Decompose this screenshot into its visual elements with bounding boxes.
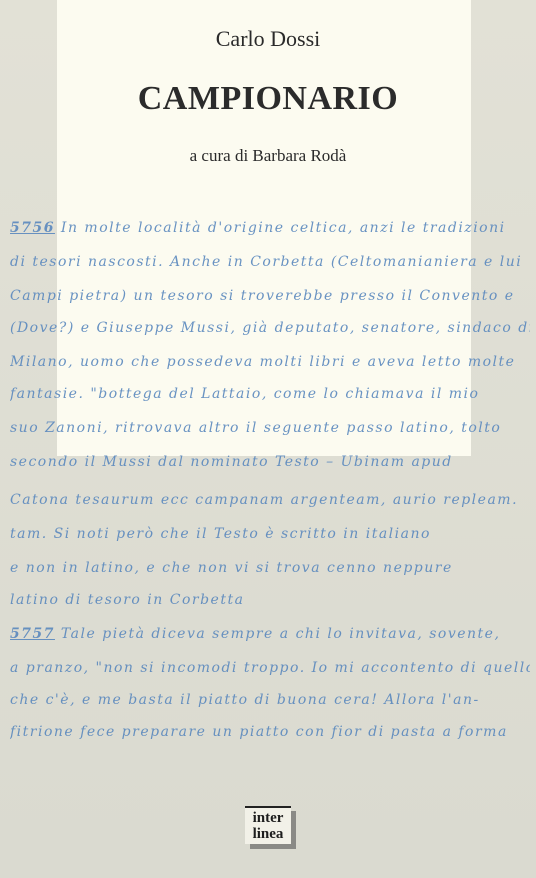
manuscript-line: Milano, uomo che possedeva molti libri e… [10, 354, 530, 390]
book-cover: Carlo Dossi CAMPIONARIO a cura di Barbar… [0, 0, 536, 878]
manuscript-line: (Dove?) e Giuseppe Mussi, già deputato, … [10, 320, 530, 356]
book-title: CAMPIONARIO [0, 80, 536, 118]
publisher-logo: inter linea [245, 806, 297, 848]
handwritten-manuscript: 5756 In molte località d'origine celtica… [0, 210, 536, 730]
manuscript-line: di tesori nascosti. Anche in Corbetta (C… [10, 254, 530, 290]
manuscript-line: latino di tesoro in Corbetta [10, 592, 530, 628]
manuscript-line: e non in latino, e che non vi si trova c… [10, 560, 530, 596]
manuscript-line: fantasie. "bottega del Lattaio, come lo … [10, 386, 530, 422]
manuscript-line: che c'è, e me basta il piatto di buona c… [10, 692, 530, 728]
entry-number: 5757 [10, 626, 55, 642]
manuscript-line: Campi pietra) un tesoro si troverebbe pr… [10, 288, 530, 324]
manuscript-line: tam. Si noti però che il Testo è scritto… [10, 526, 530, 562]
manuscript-line: secondo il Mussi dal nominato Testo – Ub… [10, 454, 530, 490]
author-name: Carlo Dossi [0, 26, 536, 52]
entry-number: 5756 [10, 220, 55, 236]
manuscript-line: a pranzo, "non si incomodi troppo. Io mi… [10, 660, 530, 696]
manuscript-line: fitrione fece preparare un piatto con fi… [10, 724, 530, 760]
manuscript-line: Catona tesaurum ecc campanam argenteam, … [10, 492, 530, 528]
editor-credit: a cura di Barbara Rodà [0, 146, 536, 166]
manuscript-line: 5757 Tale pietà diceva sempre a chi lo i… [10, 626, 530, 662]
manuscript-line: 5756 In molte località d'origine celtica… [10, 220, 530, 256]
manuscript-line: suo Zanoni, ritrovava altro il seguente … [10, 420, 530, 456]
